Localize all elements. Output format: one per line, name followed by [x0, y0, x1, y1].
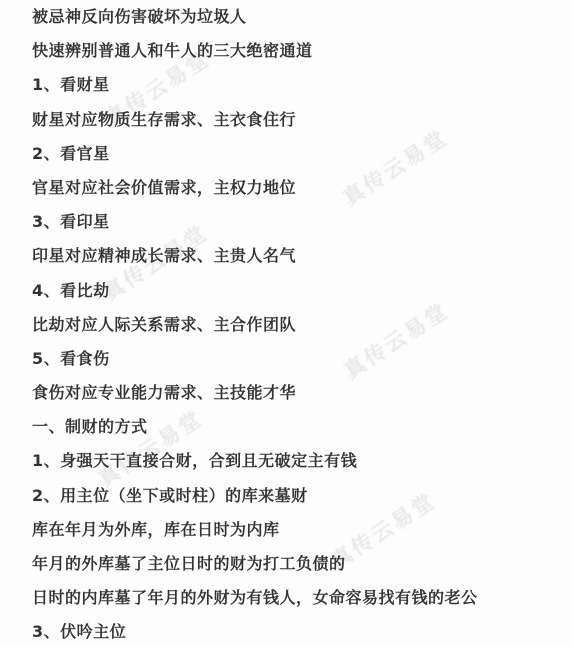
text-line: 库在年月为外库，库在日时为内库: [32, 513, 554, 547]
text-line: 1、身强天干直接合财，合到且无破定主有钱: [32, 444, 554, 478]
text-line: 财星对应物质生存需求、主衣食住行: [32, 103, 554, 137]
text-line: 4、看比劫: [32, 274, 554, 308]
document-lines: 被忌神反向伤害破坏为垃圾人快速辨别普通人和牛人的三大绝密通道1、看财星财星对应物…: [0, 0, 572, 647]
text-line: 日时的内库墓了年月的外财为有钱人，女命容易找有钱的老公: [32, 581, 554, 615]
text-line: 1、看财星: [32, 68, 554, 102]
text-line: 快速辨别普通人和牛人的三大绝密通道: [32, 34, 554, 68]
text-line: 年月的外库墓了主位日时的财为打工负债的: [32, 547, 554, 581]
text-line: 5、看食伤: [32, 342, 554, 376]
text-line: 3、伏吟主位: [32, 615, 554, 647]
text-line: 食伤对应专业能力需求、主技能才华: [32, 376, 554, 410]
text-line: 印星对应精神成长需求、主贵人名气: [32, 239, 554, 273]
text-line: 被忌神反向伤害破坏为垃圾人: [32, 0, 554, 34]
text-line: 3、看印星: [32, 205, 554, 239]
document-page: 真传云易堂真传云易堂真传云易堂真传云易堂真传云易堂真传云易堂 被忌神反向伤害破坏…: [0, 0, 572, 647]
text-line: 官星对应社会价值需求，主权力地位: [32, 171, 554, 205]
text-line: 比劫对应人际关系需求、主合作团队: [32, 308, 554, 342]
text-line: 2、用主位（坐下或时柱）的库来墓财: [32, 479, 554, 513]
text-line: 2、看官星: [32, 137, 554, 171]
text-line: 一、制财的方式: [32, 410, 554, 444]
